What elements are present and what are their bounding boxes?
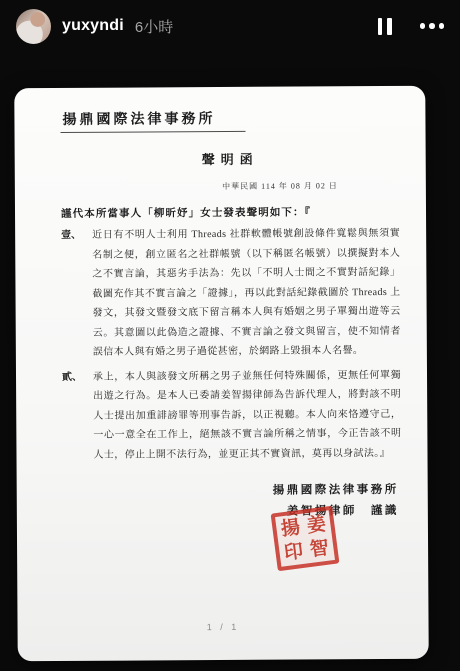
ellipsis-icon[interactable] [420, 23, 445, 29]
story-timestamp: 6小時 [135, 16, 173, 37]
signature-lawyer: 姜智揚律師 謹識 [63, 501, 399, 524]
avatar[interactable] [16, 9, 51, 44]
signature-firm: 揚鼎國際法律事務所 [63, 480, 399, 503]
document-date: 中華民國 114 年 08 月 02 日 [61, 180, 338, 193]
story-header: yuxyndi 6小時 [0, 0, 460, 52]
document-content: 揚鼎國際法律事務所 聲明函 中華民國 114 年 08 月 02 日 謹代本所當… [14, 86, 428, 525]
paragraph-1-text: 近日有不明人士利用 Threads 社群軟體帳號創設條件寬鬆與無須實名制之便，創… [92, 224, 401, 362]
document-page[interactable]: 揚鼎國際法律事務所 聲明函 中華民國 114 年 08 月 02 日 謹代本所當… [14, 86, 428, 662]
page-indicator: 1 / 1 [18, 621, 429, 634]
paragraph-2: 貳、 承上，本人與該發文所稱之男子並無任何特殊關係，更無任何單獨出遊之行為。是本… [62, 365, 402, 465]
lawyer-seal-stamp: 揚 姜 印 智 [271, 506, 340, 571]
pause-icon[interactable] [378, 18, 392, 35]
law-firm-letterhead: 揚鼎國際法律事務所 [60, 108, 245, 133]
paragraph-2-text: 承上，本人與該發文所稱之男子並無任何特殊關係，更無任何單獨出遊之行為。是本人已委… [93, 365, 402, 464]
seal-char: 姜 [302, 511, 331, 538]
seal-char: 揚 [276, 515, 305, 542]
seal-char: 印 [279, 538, 308, 565]
signature-block: 揚鼎國際法律事務所 姜智揚律師 謹識 [63, 480, 402, 524]
paragraph-1-label: 壹、 [61, 226, 93, 363]
document-title: 聲明函 [61, 148, 400, 169]
seal-char: 智 [305, 535, 334, 562]
statement-intro: 謹代本所當事人「柳昕妤」女士發表聲明如下：『 [61, 204, 400, 221]
header-actions [378, 18, 445, 35]
paragraph-2-label: 貳、 [62, 367, 94, 465]
username[interactable]: yuxyndi [62, 17, 124, 35]
paragraph-1: 壹、 近日有不明人士利用 Threads 社群軟體帳號創設條件寬鬆與無須實名制之… [61, 224, 401, 363]
